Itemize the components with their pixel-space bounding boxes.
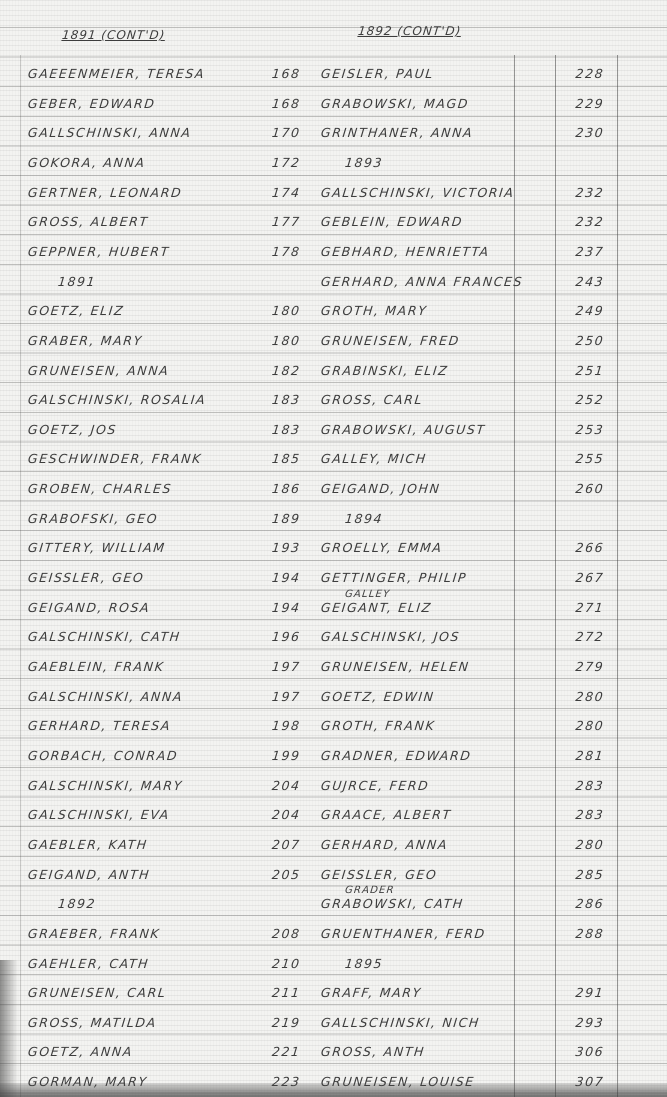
left-entry-name: GALLSCHINSKI, ANNA	[27, 125, 192, 140]
left-entry-name: GEPPNER, HUBERT	[27, 244, 170, 259]
left-entry-name: GRABER, MARY	[27, 333, 143, 348]
right-entry-name: GOETZ, EDWIN	[320, 689, 435, 704]
entry-number: 197	[271, 659, 301, 674]
year-divider: 1895	[344, 956, 384, 971]
left-entry-name: GALSCHINSKI, EVA	[27, 807, 170, 822]
year-divider: 1893	[344, 155, 384, 170]
correction-note: GRADER	[344, 885, 395, 896]
left-entry-name: GEIGAND, ANTH	[27, 867, 151, 882]
left-entry-name: GALSCHINSKI, CATH	[27, 629, 181, 644]
entry-number: 197	[271, 689, 301, 704]
right-entry-name: GROSS, CARL	[320, 392, 424, 407]
year-divider: 1891	[57, 274, 97, 289]
column-rule	[617, 55, 618, 1097]
entry-number: 219	[271, 1015, 301, 1030]
entry-number: 196	[271, 629, 301, 644]
entry-number: 205	[271, 867, 301, 882]
right-entry-name: GRABOWSKI, MAGD	[320, 96, 470, 111]
left-entry-name: GRUNEISEN, CARL	[27, 985, 167, 1000]
entry-number: 168	[271, 96, 301, 111]
correction-note: GALLEY	[344, 589, 391, 600]
left-entry-name: GAEBLEIN, FRANK	[27, 659, 165, 674]
page-reference: 243	[564, 274, 616, 289]
page-reference: 283	[564, 778, 616, 793]
entry-number: 199	[271, 748, 301, 763]
left-column-header: 1891 (CONT'D)	[61, 28, 166, 42]
page-reference: 228	[564, 66, 616, 81]
right-entry-name: GRADNER, EDWARD	[320, 748, 472, 763]
page-reference: 272	[564, 629, 616, 644]
left-entry-name: GRUNEISEN, ANNA	[27, 363, 170, 378]
entry-number: 210	[271, 956, 301, 971]
right-entry-name: GETTINGER, PHILIP	[320, 570, 468, 585]
right-entry-name: GEBHARD, HENRIETTA	[320, 244, 490, 259]
left-entry-name: GITTERY, WILLIAM	[27, 540, 166, 555]
page-reference: 253	[564, 422, 616, 437]
page-reference: 280	[564, 718, 616, 733]
column-rule	[555, 55, 556, 1097]
right-entry-name: GEISSLER, GEO	[320, 867, 438, 882]
page-reference: 279	[564, 659, 616, 674]
right-entry-name: GEIGANT, ELIZ	[320, 600, 432, 615]
left-entry-name: GAEEENMEIER, TERESA	[27, 66, 206, 81]
left-entry-name: GOETZ, JOS	[27, 422, 118, 437]
page-reference: 288	[564, 926, 616, 941]
left-entry-name: GAEBLER, KATH	[27, 837, 148, 852]
entry-number: 189	[271, 511, 301, 526]
entry-number: 170	[271, 125, 301, 140]
left-entry-name: GERTNER, LEONARD	[27, 185, 183, 200]
page-reference: 249	[564, 303, 616, 318]
right-entry-name: GERHARD, ANNA FRANCES	[320, 274, 524, 289]
page-reference: 280	[564, 837, 616, 852]
page-reference: 285	[564, 867, 616, 882]
page-reference: 250	[564, 333, 616, 348]
page-reference: 291	[564, 985, 616, 1000]
right-entry-name: GALLSCHINSKI, VICTORIA	[320, 185, 515, 200]
right-entry-name: GEIGAND, JOHN	[320, 481, 441, 496]
page-reference: 293	[564, 1015, 616, 1030]
left-entry-name: GROSS, ALBERT	[27, 214, 149, 229]
column-rule	[514, 55, 515, 1097]
right-entry-name: GRAFF, MARY	[320, 985, 422, 1000]
entry-number: 207	[271, 837, 301, 852]
page-reference: 283	[564, 807, 616, 822]
page-reference: 232	[564, 185, 616, 200]
entry-number: 168	[271, 66, 301, 81]
page-reference: 281	[564, 748, 616, 763]
entry-number: 172	[271, 155, 301, 170]
right-entry-name: GRINTHANER, ANNA	[320, 125, 474, 140]
page-reference: 271	[564, 600, 616, 615]
entry-number: 182	[271, 363, 301, 378]
left-entry-name: GRAEBER, FRANK	[27, 926, 161, 941]
left-entry-name: GAEHLER, CATH	[27, 956, 150, 971]
right-entry-name: GRABINSKI, ELIZ	[320, 363, 449, 378]
page-reference: 306	[564, 1044, 616, 1059]
page-reference: 255	[564, 451, 616, 466]
page-reference: 266	[564, 540, 616, 555]
left-entry-name: GEBER, EDWARD	[27, 96, 156, 111]
page-reference: 252	[564, 392, 616, 407]
entry-number: 194	[271, 600, 301, 615]
left-entry-name: GOKORA, ANNA	[27, 155, 146, 170]
right-entry-name: GRUNEISEN, HELEN	[320, 659, 470, 674]
page-reference: 260	[564, 481, 616, 496]
left-entry-name: GOETZ, ANNA	[27, 1044, 134, 1059]
entry-number: 208	[271, 926, 301, 941]
entry-number: 221	[271, 1044, 301, 1059]
page-reference: 230	[564, 125, 616, 140]
right-entry-name: GALLSCHINSKI, NICH	[320, 1015, 481, 1030]
right-entry-name: GALSCHINSKI, JOS	[320, 629, 461, 644]
left-entry-name: GEISSLER, GEO	[27, 570, 145, 585]
entry-number: 174	[271, 185, 301, 200]
right-entry-name: GEISLER, PAUL	[320, 66, 435, 81]
right-entry-name: GRABOWSKI, CATH	[320, 896, 464, 911]
right-entry-name: GROSS, ANTH	[320, 1044, 426, 1059]
entry-number: 178	[271, 244, 301, 259]
right-entry-name: GROTH, MARY	[320, 303, 428, 318]
left-entry-name: GESCHWINDER, FRANK	[27, 451, 203, 466]
right-entry-name: GRAACE, ALBERT	[320, 807, 452, 822]
left-entry-name: GALSCHINSKI, ANNA	[27, 689, 184, 704]
entry-number: 204	[271, 807, 301, 822]
entry-number: 198	[271, 718, 301, 733]
entry-number: 193	[271, 540, 301, 555]
page-reference: 237	[564, 244, 616, 259]
page-reference: 229	[564, 96, 616, 111]
left-entry-name: GROBEN, CHARLES	[27, 481, 173, 496]
year-divider: 1894	[344, 511, 384, 526]
right-column-header: 1892 (CONT'D)	[357, 24, 462, 38]
page-reference: 280	[564, 689, 616, 704]
left-entry-name: GALSCHINSKI, ROSALIA	[27, 392, 207, 407]
entry-number: 211	[271, 985, 301, 1000]
left-entry-name: GEIGAND, ROSA	[27, 600, 151, 615]
entry-number: 183	[271, 392, 301, 407]
ledger-page: 1891 (CONT'D) 1892 (CONT'D) GAEEENMEIER,…	[0, 0, 667, 1097]
right-entry-name: GERHARD, ANNA	[320, 837, 449, 852]
entry-number: 194	[271, 570, 301, 585]
right-entry-name: GALLEY, MICH	[320, 451, 427, 466]
right-entry-name: GRUENTHANER, FERD	[320, 926, 486, 941]
year-divider: 1892	[57, 896, 97, 911]
entry-number: 183	[271, 422, 301, 437]
margin-rule	[20, 55, 21, 1097]
left-entry-name: GRABOFSKI, GEO	[27, 511, 159, 526]
right-entry-name: GROTH, FRANK	[320, 718, 436, 733]
entry-number: 185	[271, 451, 301, 466]
left-entry-name: GERHARD, TERESA	[27, 718, 172, 733]
right-entry-name: GRABOWSKI, AUGUST	[320, 422, 486, 437]
left-entry-name: GORBACH, CONRAD	[27, 748, 179, 763]
page-reference: 251	[564, 363, 616, 378]
entry-number: 180	[271, 333, 301, 348]
entry-number: 177	[271, 214, 301, 229]
entry-number: 186	[271, 481, 301, 496]
entry-number: 180	[271, 303, 301, 318]
page-reference: 267	[564, 570, 616, 585]
left-entry-name: GOETZ, ELIZ	[27, 303, 125, 318]
entry-number: 204	[271, 778, 301, 793]
page-reference: 286	[564, 896, 616, 911]
page-reference: 232	[564, 214, 616, 229]
scan-edge-shadow	[0, 1083, 667, 1097]
right-entry-name: GROELLY, EMMA	[320, 540, 443, 555]
left-entry-name: GROSS, MATILDA	[27, 1015, 157, 1030]
right-entry-name: GEBLEIN, EDWARD	[320, 214, 464, 229]
scan-edge-shadow	[0, 960, 18, 1097]
left-entry-name: GALSCHINSKI, MARY	[27, 778, 184, 793]
right-entry-name: GUJRCE, FERD	[320, 778, 430, 793]
right-entry-name: GRUNEISEN, FRED	[320, 333, 461, 348]
